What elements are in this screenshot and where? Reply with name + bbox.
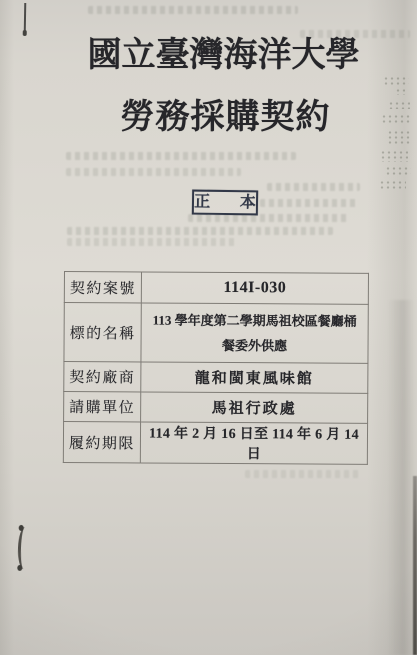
original-copy-stamp-label: 正本 — [194, 194, 285, 211]
performance-period-label: 履約期限 — [63, 422, 140, 463]
vendor-label: 契約廠商 — [64, 362, 141, 392]
ghost-showthrough-line — [188, 214, 348, 222]
staple-mark-bottom — [17, 527, 27, 569]
vendor-value: 龍和閩東風味館 — [141, 362, 368, 393]
university-title: 國立臺灣海洋大學 — [15, 36, 417, 76]
ghost-showthrough-line — [267, 183, 360, 191]
contract-cover-page-photo: 國立臺灣海洋大學 勞務採購契約 正本 契約案號 114I-030 標的名稱 11… — [0, 0, 417, 655]
ghost-dot-cluster — [383, 76, 409, 85]
subject-name-label: 標的名稱 — [64, 303, 141, 362]
ghost-showthrough-line — [67, 238, 237, 246]
ghost-showthrough-line — [66, 168, 241, 176]
table-row: 履約期限 114 年 2 月 16 日至 114 年 6 月 14 日 — [63, 422, 367, 465]
contract-info-table: 契約案號 114I-030 標的名稱 113 學年度第二學期馬祖校區餐廳桶餐委外… — [63, 271, 369, 465]
ghost-showthrough-line — [67, 227, 333, 235]
ghost-showthrough-line — [245, 470, 360, 478]
paper-fold-shadow — [388, 300, 414, 655]
staple-mark-top — [24, 3, 27, 33]
original-copy-stamp: 正本 — [192, 190, 258, 216]
ghost-dot-cluster — [385, 166, 411, 175]
contract-type-title: 勞務採購契約 — [17, 98, 417, 138]
ghost-dot-cluster — [379, 180, 406, 189]
performance-period-value: 114 年 2 月 16 日至 114 年 6 月 14 日 — [140, 422, 367, 464]
ghost-showthrough-line — [88, 6, 298, 14]
table-row: 契約案號 114I-030 — [64, 272, 368, 305]
paper-edge-shadow — [413, 476, 417, 655]
contract-number-value: 114I-030 — [141, 272, 368, 304]
ghost-dot-cluster — [395, 88, 405, 95]
contract-number-label: 契約案號 — [64, 272, 141, 303]
table-row: 標的名稱 113 學年度第二學期馬祖校區餐廳桶餐委外供應 — [64, 303, 368, 364]
ghost-showthrough-line — [66, 152, 296, 160]
requesting-unit-label: 請購單位 — [64, 392, 141, 422]
table-row: 契約廠商 龍和閩東風味館 — [64, 362, 368, 394]
requesting-unit-value: 馬祖行政處 — [141, 392, 368, 423]
ghost-dot-cluster — [380, 150, 408, 162]
table-row: 請購單位 馬祖行政處 — [64, 392, 368, 424]
subject-name-value: 113 學年度第二學期馬祖校區餐廳桶餐委外供應 — [141, 303, 368, 363]
